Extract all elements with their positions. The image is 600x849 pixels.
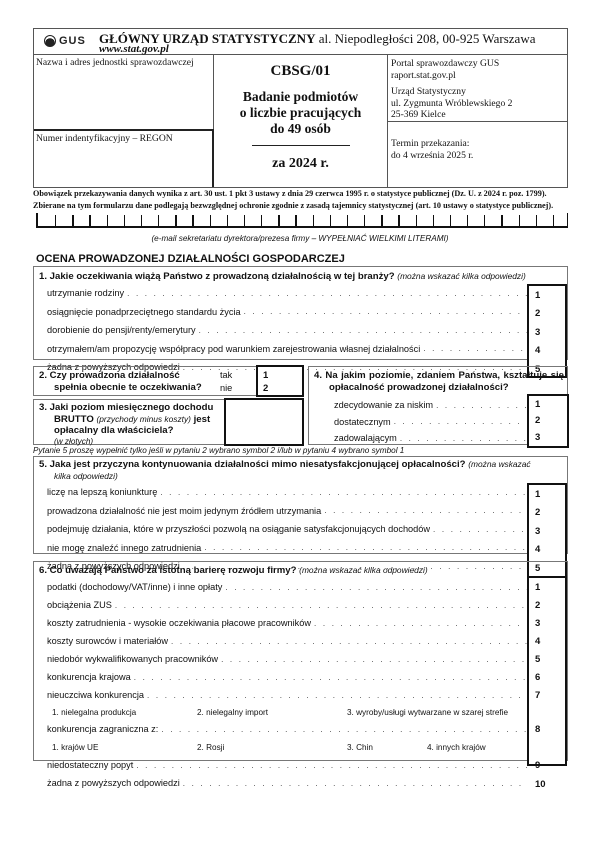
q1-answer-code[interactable]: 3 (529, 323, 565, 342)
gus-logo: GUS (44, 35, 86, 47)
q1-option-label: dorobienie do pensji/renty/emerytury (47, 325, 199, 335)
q6-option: koszty surowców i materiałów. . . . . . … (47, 632, 527, 650)
email-cell-divider (55, 215, 56, 227)
leader-dots: . . . . . . . . . . . . . . . . . . . . … (136, 761, 527, 770)
q3-title-jest: jest (194, 414, 211, 425)
q5-instruction: Pytanie 5 proszę wypełnić tylko jeśli w … (33, 446, 404, 455)
q2-title-line-2: spełnia obecnie te oczekiwania? (39, 382, 202, 394)
q6-title: 6. Co uważają Państwo za istotną barierę… (39, 565, 297, 576)
q2-option-yes: tak (220, 369, 232, 382)
q6-option-label: koszty zatrudnienia - wysokie oczekiwani… (47, 618, 314, 628)
q4-option-label: zadowalającym (334, 433, 400, 443)
q6-answer-code[interactable]: 6 (529, 668, 565, 686)
q6-option-label: obciążenia ZUS (47, 600, 115, 610)
q6-option-label: konkurencja krajowa (47, 672, 134, 682)
email-cell-divider (501, 215, 502, 227)
q5-option-label: prowadzona działalność nie jest moim jed… (47, 506, 324, 516)
email-cell-divider (192, 215, 193, 227)
leader-dots: . . . . . . . . . . . . . . . . . . . . … (314, 619, 527, 628)
leader-dots: . . . . . . . . . . . . . . . . . . . . … (134, 673, 527, 682)
email-cell-divider (278, 215, 279, 227)
section-title: OCENA PROWADZONEJ DZIAŁALNOŚCI GOSPODARC… (36, 253, 345, 265)
email-cell-divider (158, 215, 159, 227)
q5-option-label: podejmuję działania, które w przyszłości… (47, 524, 433, 534)
question-4: 4. Na jakim poziomie, zdaniem Państwa, k… (308, 366, 568, 445)
q4-title-line-1: 4. Na jakim poziomie, zdaniem Państwa, k… (314, 370, 564, 382)
q6-option: obciążenia ZUS. . . . . . . . . . . . . … (47, 596, 527, 614)
org-address: al. Niepodległości 208, 00-925 Warszawa (315, 31, 535, 46)
leader-dots: . . . . . . . . . . . . . . . . . . . . … (171, 637, 527, 646)
q5-option: prowadzona działalność nie jest moim jed… (47, 502, 527, 521)
q6-option-label: konkurencja zagraniczna z: (47, 724, 161, 734)
q3-brutto-hint: (przychody minus koszty) (96, 414, 190, 424)
form-header: GUS GŁÓWNY URZĄD STATYSTYCZNY al. Niepod… (33, 28, 568, 188)
leader-dots: . . . . . . . . . . . . . . . . . . . . … (183, 779, 527, 788)
leader-dots: . . . . . . . . . . . . . . . . . . . . … (160, 488, 527, 497)
q6-option-label: niedostateczny popyt (47, 760, 136, 770)
deadline-label: Termin przekazania: (391, 138, 473, 150)
q1-answer-code[interactable]: 4 (529, 342, 565, 361)
email-cell-divider (124, 215, 125, 227)
q2-answer-box[interactable]: 1 2 (256, 365, 304, 397)
logo-text: GUS (59, 35, 86, 47)
email-cell-divider (175, 215, 176, 227)
q6-option: żadna z powyższych odpowiedzi. . . . . .… (47, 774, 527, 792)
leader-dots: . . . . . . . . . . . . . . . . . . . . … (199, 326, 527, 335)
portal-url[interactable]: raport.stat.gov.pl (391, 70, 565, 82)
office-city: 25-369 Kielce (391, 109, 565, 121)
email-cell-divider (553, 215, 554, 227)
portal-label: Portal sprawozdawczy GUS (391, 58, 565, 70)
q5-option: liczę na lepszą koniunkturę. . . . . . .… (47, 483, 527, 502)
q2-title-line-1: 2. Czy prowadzona działalność (39, 370, 202, 382)
legal-notice-2: Zbierane na tym formularzu dane podlegaj… (33, 201, 553, 210)
q2-code-1[interactable]: 1 (263, 369, 302, 382)
foreign-competition-subitems: 1. krajów UE2. Rosji3. Chin4. innych kra… (47, 738, 527, 756)
q5-hint: (można wskazać (468, 459, 530, 469)
email-cell-divider (313, 215, 314, 227)
leader-dots: . . . . . . . . . . . . . . . . . . . . … (436, 401, 527, 410)
question-5: 5. Jaka jest przyczyna kontynuowania dzi… (33, 456, 568, 554)
q5-answer-code[interactable]: 4 (529, 541, 565, 560)
email-cell-divider (364, 215, 365, 227)
q6-option: konkurencja krajowa. . . . . . . . . . .… (47, 668, 527, 686)
unfair-competition-subitems-item[interactable]: 3. wyroby/usługi wytwarzane w szarej str… (347, 708, 508, 717)
q6-option: konkurencja zagraniczna z:. . . . . . . … (47, 720, 527, 738)
office-street: ul. Zygmunta Wróblewskiego 2 (391, 98, 565, 110)
q6-option: koszty zatrudnienia - wysokie oczekiwani… (47, 614, 527, 632)
q5-title: 5. Jaka jest przyczyna kontynuowania dzi… (39, 459, 466, 470)
email-cell-divider (107, 215, 108, 227)
q5-answer-code[interactable]: 1 (529, 485, 565, 504)
unit-name-label: Nazwa i adres jednostki sprawozdawczej (34, 55, 213, 71)
regon-cell[interactable]: Numer indentyfikacyjny – REGON (34, 129, 214, 187)
foreign-competition-subitems-item[interactable]: 4. innych krajów (427, 743, 486, 752)
form-id-cell: CBSG/01 Badanie podmiotów o liczbie prac… (214, 55, 388, 187)
form-title-line-2: o liczbie pracujących (214, 105, 387, 121)
form-code: CBSG/01 (214, 65, 387, 77)
portal-cell: Portal sprawozdawczy GUS raport.stat.gov… (388, 55, 568, 187)
gus-logo-icon (44, 35, 56, 47)
q4-option: zdecydowanie za niskim. . . . . . . . . … (334, 397, 527, 414)
q3-title-line-3: opłacalny dla właściciela? (39, 425, 213, 437)
q1-option-label: osiągnięcie ponadprzeciętnego standardu … (47, 307, 244, 317)
email-cell-divider (467, 215, 468, 227)
q4-option-label: zdecydowanie za niskim (334, 400, 436, 410)
leader-dots: . . . . . . . . . . . . . . . . . . . . … (244, 307, 527, 316)
form-title-line-3: do 49 osób (214, 121, 387, 137)
deadline-date: do 4 września 2025 r. (391, 150, 473, 162)
question-1: 1. Jakie oczekiwania wiążą Państwo z pro… (33, 266, 568, 360)
q1-option-label: otrzymałem/am propozycję współpracy pod … (47, 344, 423, 354)
q5-option-label: liczę na lepszą koniunkturę (47, 487, 160, 497)
q6-option-label: niedobór wykwalifikowanych pracowników (47, 654, 221, 664)
q3-title-line-1: 3. Jaki poziom miesięcznego dochodu (39, 402, 213, 414)
leader-dots: . . . . . . . . . . . . . . . . . . . . … (423, 344, 527, 353)
q6-option: podatki (dochodowy/VAT/inne) i inne opła… (47, 578, 527, 596)
q1-option: otrzymałem/am propozycję współpracy pod … (47, 340, 527, 359)
q4-option: dostatecznym. . . . . . . . . . . . . . … (334, 414, 527, 431)
question-3: 3. Jaki poziom miesięcznego dochodu BRUT… (33, 399, 303, 445)
q1-option: dorobienie do pensji/renty/emerytury. . … (47, 321, 527, 340)
title-divider (252, 145, 350, 146)
q1-title: 1. Jakie oczekiwania wiążą Państwo z pro… (39, 271, 395, 282)
question-6: 6. Co uważają Państwo za istotną barierę… (33, 561, 568, 761)
email-cell-divider (244, 215, 245, 227)
q5-option: nie mogę znaleźć innego zatrudnienia. . … (47, 539, 527, 558)
leader-dots: . . . . . . . . . . . . . . . . . . . . … (115, 601, 527, 610)
q1-answer-code[interactable]: 2 (529, 305, 565, 324)
q6-answer-code[interactable]: 1 (529, 578, 565, 596)
q3-brutto: BRUTTO (54, 414, 94, 425)
q5-hint-2: kilka odpowiedzi) (54, 471, 118, 481)
email-cell-divider (72, 215, 73, 227)
form-title-line-1: Badanie podmiotów (214, 89, 387, 105)
spacer (529, 704, 565, 720)
q6-option-label: podatki (dochodowy/VAT/inne) i inne opła… (47, 582, 225, 592)
q1-option: osiągnięcie ponadprzeciętnego standardu … (47, 303, 527, 322)
leader-dots: . . . . . . . . . . . . . . . . . . . . … (127, 289, 527, 298)
leader-dots: . . . . . . . . . . . . . . . . . . . . … (394, 417, 527, 426)
leader-dots: . . . . . . . . . . . . . . . . . . . . … (161, 725, 527, 734)
q5-answer-code[interactable]: 3 (529, 522, 565, 541)
portal-divider (388, 121, 568, 122)
leader-dots: . . . . . . . . . . . . . . . . . . . . … (433, 525, 527, 534)
email-cell-divider (347, 215, 348, 227)
email-cell-divider (381, 215, 382, 227)
q6-answer-code[interactable]: 7 (529, 686, 565, 704)
email-cell-divider (330, 215, 331, 227)
email-cell-divider (141, 215, 142, 227)
q6-answer-code[interactable]: 4 (529, 632, 565, 650)
q4-title-line-2: opłacalność prowadzonej działalności? (314, 382, 564, 394)
q6-answer-code[interactable]: 5 (529, 650, 565, 668)
leader-dots: . . . . . . . . . . . . . . . . . . . . … (324, 506, 527, 515)
q6-answer-code[interactable]: 10 (529, 775, 565, 794)
q5-option: podejmuję działania, które w przyszłości… (47, 520, 527, 539)
q1-answer-code[interactable]: 1 (529, 286, 565, 305)
email-cell-divider (210, 215, 211, 227)
form-year: za 2024 r. (214, 158, 387, 170)
regon-label: Numer indentyfikacyjny – REGON (34, 131, 212, 147)
q6-hint: (można wskazać kilka odpowiedzi) (299, 565, 427, 575)
leader-dots: . . . . . . . . . . . . . . . . . . . . … (225, 583, 527, 592)
email-cell-divider (450, 215, 451, 227)
email-cell-divider (433, 215, 434, 227)
email-cell-divider (227, 215, 228, 227)
office-name: Urząd Statystyczny (391, 86, 565, 98)
email-caption: (e-mail sekretariatu dyrektora/prezesa f… (0, 234, 600, 243)
q4-answer-code[interactable]: 2 (529, 413, 567, 430)
q6-answer-code[interactable]: 3 (529, 614, 565, 632)
spacer (529, 739, 565, 757)
foreign-competition-subitems-item[interactable]: 2. Rosji (197, 743, 224, 752)
leader-dots: . . . . . . . . . . . . . . . . . . . . … (147, 691, 527, 700)
q2-code-2[interactable]: 2 (263, 382, 302, 395)
q3-unit: (w złotych) (39, 437, 213, 446)
leader-dots: . . . . . . . . . . . . . . . . . . . . … (400, 434, 527, 443)
q6-answer-code[interactable]: 9 (529, 757, 565, 776)
unfair-competition-subitems: 1. nielegalna produkcja2. nielegalny imp… (47, 704, 527, 720)
q5-answer-code[interactable]: 2 (529, 504, 565, 523)
email-cell-divider (536, 215, 537, 227)
q6-answer-code[interactable]: 2 (529, 596, 565, 614)
q6-answer-code[interactable]: 8 (529, 720, 565, 739)
email-cell-divider (398, 215, 399, 227)
q4-option-label: dostatecznym (334, 417, 394, 427)
q6-option-label: żadna z powyższych odpowiedzi (47, 778, 183, 788)
email-cell-divider (261, 215, 262, 227)
leader-dots: . . . . . . . . . . . . . . . . . . . . … (221, 655, 527, 664)
question-2: 2. Czy prowadzona działalność spełnia ob… (33, 366, 303, 396)
website-link[interactable]: www.stat.gov.pl (99, 43, 169, 55)
q1-hint: (można wskazać kilka odpowiedzi) (397, 271, 525, 281)
q6-option: niedostateczny popyt. . . . . . . . . . … (47, 756, 527, 774)
q1-option: utrzymanie rodziny. . . . . . . . . . . … (47, 284, 527, 303)
leader-dots: . . . . . . . . . . . . . . . . . . . . … (204, 543, 527, 552)
q3-income-input[interactable] (224, 398, 304, 446)
email-cell-divider (416, 215, 417, 227)
q6-option: niedobór wykwalifikowanych pracowników. … (47, 650, 527, 668)
legal-notice-1: Obowiązek przekazywania danych wynika z … (33, 189, 547, 198)
unfair-competition-subitems-item[interactable]: 1. nielegalna produkcja (52, 708, 136, 717)
foreign-competition-subitems-item[interactable]: 3. Chin (347, 743, 373, 752)
q6-option-label: nieuczciwa konkurencja (47, 690, 147, 700)
email-cell-divider (484, 215, 485, 227)
q1-option-label: utrzymanie rodziny (47, 288, 127, 298)
unfair-competition-subitems-item[interactable]: 2. nielegalny import (197, 708, 268, 717)
email-cell-divider (89, 215, 90, 227)
q4-answer-code[interactable]: 3 (529, 429, 567, 446)
email-input[interactable] (36, 213, 568, 228)
q5-option-label: nie mogę znaleźć innego zatrudnienia (47, 543, 204, 553)
q6-option-label: koszty surowców i materiałów (47, 636, 171, 646)
q6-option: nieuczciwa konkurencja. . . . . . . . . … (47, 686, 527, 704)
foreign-competition-subitems-item[interactable]: 1. krajów UE (52, 743, 98, 752)
q2-option-no: nie (220, 382, 232, 395)
email-cell-divider (295, 215, 296, 227)
q4-option: zadowalającym. . . . . . . . . . . . . .… (334, 430, 527, 447)
unit-name-cell[interactable]: Nazwa i adres jednostki sprawozdawczej N… (34, 55, 214, 187)
q4-answer-code[interactable]: 1 (529, 396, 567, 413)
email-cell-divider (519, 215, 520, 227)
